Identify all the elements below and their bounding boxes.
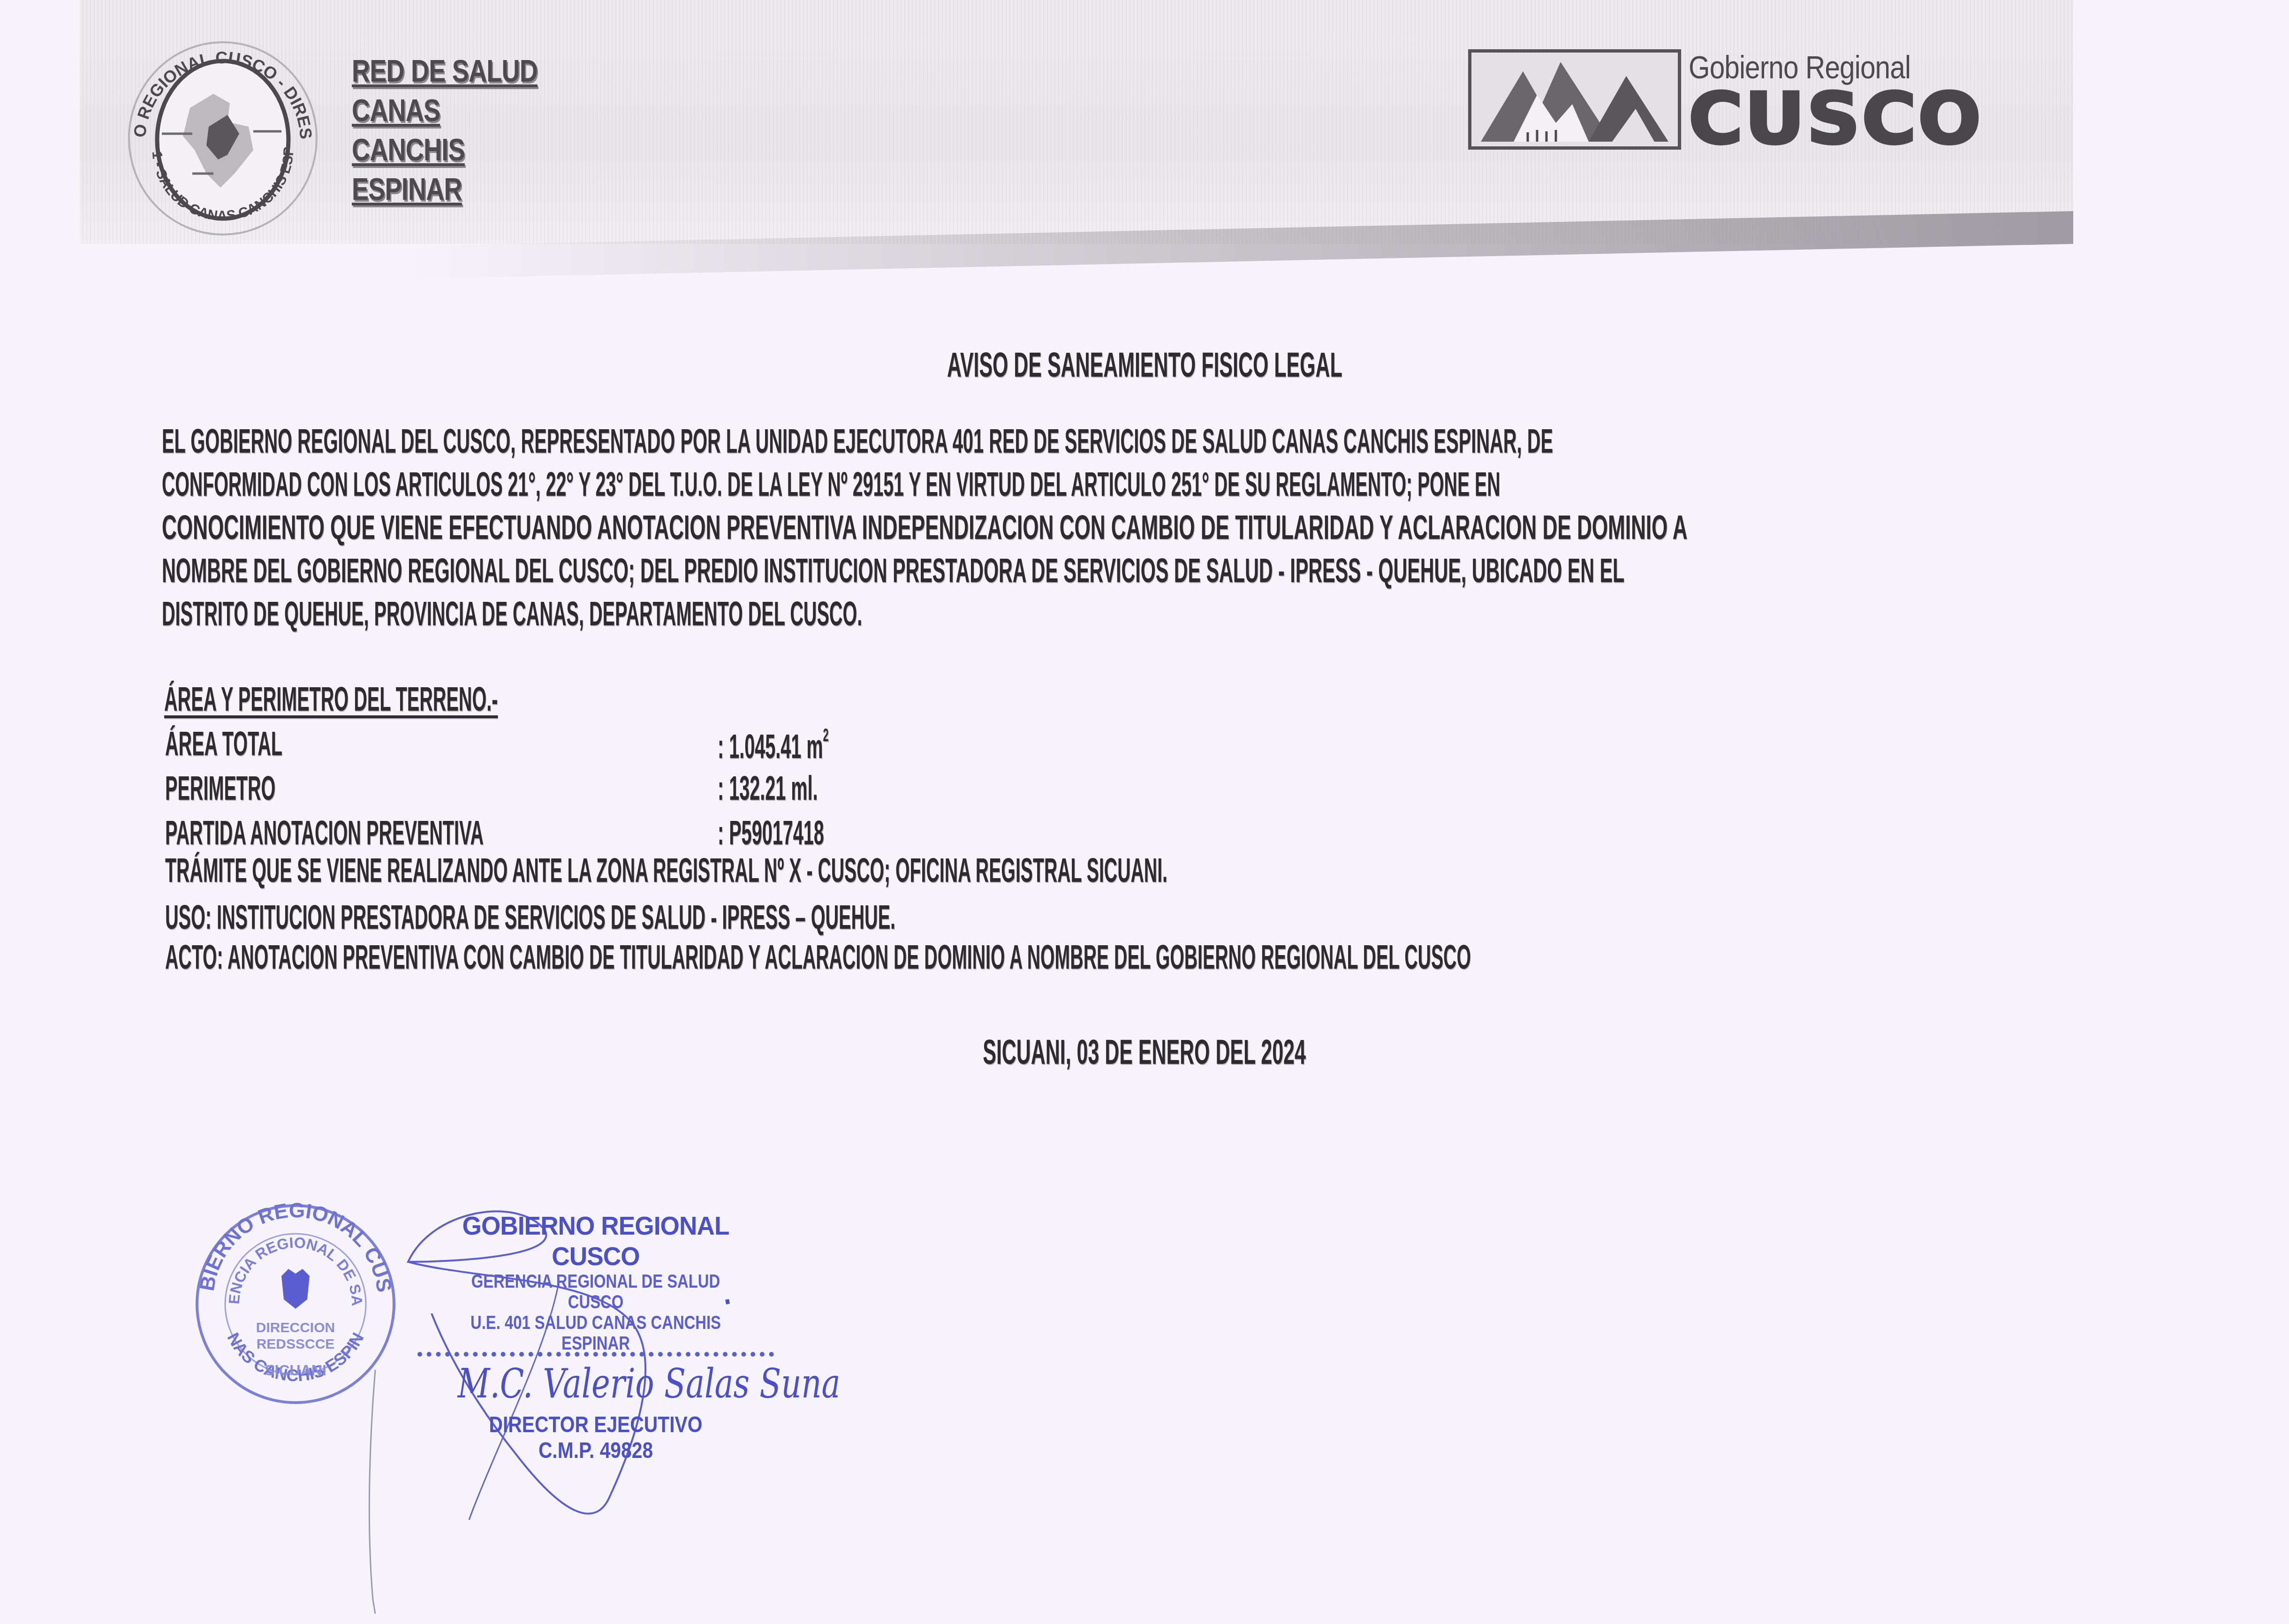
gobierno-regional-cusco-brand: Gobierno Regional CUSCO <box>1689 49 1969 151</box>
field-label: PARTIDA ANOTACION PREVENTIVA <box>165 814 484 852</box>
field-value: : 1.045.41 m2 <box>718 725 829 766</box>
paragraph-line-text: DISTRITO DE QUEHUE, PROVINCIA DE CANAS, … <box>162 595 862 633</box>
unit-superscript: 2 <box>823 725 829 745</box>
title-text: AVISO DE SANEAMIENTO FISICO LEGAL <box>947 345 1342 385</box>
brand-line: CANAS <box>352 93 538 128</box>
paragraph-line: DISTRITO DE QUEHUE, PROVINCIA DE CANAS, … <box>162 595 2132 638</box>
field-label: PERIMETRO <box>165 769 275 808</box>
svg-text:REDSSCCE: REDSSCCE <box>257 1336 335 1352</box>
stamp-header-line: U.E. 401 SALUD CANAS CANCHIS ESPINAR <box>449 1313 742 1354</box>
brand-line: ESPINAR <box>352 172 538 207</box>
stamp-header-line: GOBIERNO REGIONAL CUSCO <box>426 1210 765 1271</box>
signatory-id: C.M.P. 49828 <box>444 1438 747 1464</box>
signature-line <box>417 1352 774 1357</box>
svg-text:SICUANI: SICUANI <box>265 1362 326 1379</box>
brand-line: CANCHIS <box>352 133 538 167</box>
tramite-text: TRÁMITE QUE SE VIENE REALIZANDO ANTE LA … <box>165 851 1167 890</box>
paragraph-line-text: CONOCIMIENTO QUE VIENE EFECTUANDO ANOTAC… <box>162 508 1688 547</box>
place-date-text: SICUANI, 03 DE ENERO DEL 2024 <box>983 1032 1306 1072</box>
stamp-header-line: GERENCIA REGIONAL DE SALUD CUSCO <box>449 1271 742 1313</box>
signatory-details: DIRECTOR EJECUTIVO C.M.P. 49828 <box>417 1412 774 1464</box>
paragraph-line-text: NOMBRE DEL GOBIERNO REGIONAL DEL CUSCO; … <box>162 552 1624 590</box>
acto-text: ACTO: ANOTACION PREVENTIVA CON CAMBIO DE… <box>165 938 1471 977</box>
section-heading-text: ÁREA Y PERIMETRO DEL TERRENO.- <box>164 680 498 719</box>
mountain-emblem-icon <box>1468 49 1681 150</box>
notice-paragraph: EL GOBIERNO REGIONAL DEL CUSCO, REPRESEN… <box>162 422 2132 638</box>
signature-stamp-header: GOBIERNO REGIONAL CUSCO GERENCIA REGIONA… <box>417 1210 774 1354</box>
brand-line: RED DE SALUD <box>352 54 538 89</box>
brand-title: CUSCO <box>1689 88 1983 151</box>
field-value: : P59017418 <box>718 814 824 852</box>
field-value: : 132.21 ml. <box>718 769 818 808</box>
paragraph-line-text: EL GOBIERNO REGIONAL DEL CUSCO, REPRESEN… <box>162 422 1553 461</box>
field-label: ÁREA TOTAL <box>165 725 282 763</box>
tramite-line: TRÁMITE QUE SE VIENE REALIZANDO ANTE LA … <box>165 851 2004 890</box>
document-title: AVISO DE SANEAMIENTO FISICO LEGAL <box>0 345 2289 385</box>
svg-text:DIRECCION: DIRECCION <box>256 1320 335 1336</box>
signatory-name: M.C. Valerio Salas Suna <box>458 1360 743 1407</box>
acto-line: ACTO: ANOTACION PREVENTIVA CON CAMBIO DE… <box>165 938 2289 977</box>
signature-stamp-area: GOBIERNO REGIONAL CUSCO GERENCIA REGIONA… <box>188 1191 797 1623</box>
paragraph-line: CONOCIMIENTO QUE VIENE EFECTUANDO ANOTAC… <box>162 508 2132 552</box>
paragraph-line: NOMBRE DEL GOBIERNO REGIONAL DEL CUSCO; … <box>162 552 2132 595</box>
red-de-salud-seal-icon: GOBIERNO REGIONAL CUSCO - DIRESA CUSCO U… <box>113 33 333 239</box>
section-heading: ÁREA Y PERIMETRO DEL TERRENO.- <box>164 680 771 719</box>
field-perimetro: PERIMETRO : 132.21 ml. <box>165 769 1103 812</box>
place-date: SICUANI, 03 DE ENERO DEL 2024 <box>0 1032 2289 1072</box>
value-text: : 1.045.41 m <box>718 728 823 766</box>
uso-text: USO: INSTITUCION PRESTADORA DE SERVICIOS… <box>165 898 895 937</box>
paragraph-line-text: CONFORMIDAD CON LOS ARTICULOS 21°, 22° Y… <box>162 465 1501 504</box>
paragraph-line: EL GOBIERNO REGIONAL DEL CUSCO, REPRESEN… <box>162 422 2132 465</box>
field-area-total: ÁREA TOTAL : 1.045.41 m2 <box>165 725 1103 767</box>
paragraph-line: CONFORMIDAD CON LOS ARTICULOS 21°, 22° Y… <box>162 465 2132 508</box>
field-partida: PARTIDA ANOTACION PREVENTIVA : P59017418 <box>165 814 1103 856</box>
uso-line: USO: INSTITUCION PRESTADORA DE SERVICIOS… <box>165 898 1493 937</box>
signatory-role: DIRECTOR EJECUTIVO <box>444 1412 747 1438</box>
red-de-salud-brand: RED DE SALUD CANAS CANCHIS ESPINAR <box>352 54 578 207</box>
